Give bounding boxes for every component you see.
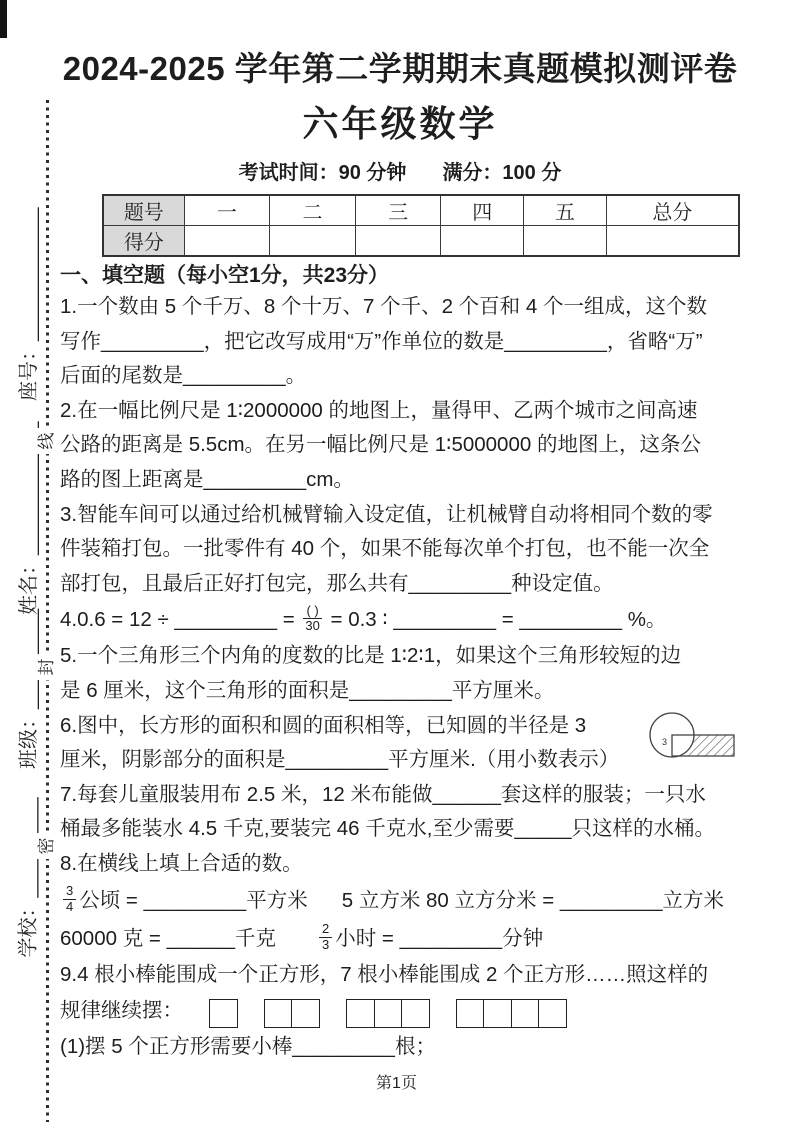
score-table: 题号一二三四五总分得分 xyxy=(102,194,740,257)
score-row-label: 得分 xyxy=(103,226,184,257)
question-line: 部打包，且最后正好打包完，那么共有_________种设定值。 xyxy=(60,567,740,602)
question-7: 7.每套儿童服装用布 2.5 米，12 米布能做______套这样的服装；一只水… xyxy=(60,778,740,847)
question-text: 写作_________，把它改写成用“万”作单位的数是_________，省略“… xyxy=(60,330,703,353)
score-table-col-4: 四 xyxy=(441,195,524,226)
questions-area: 1.一个数由 5 个千万、8 个十万、7 个千、2 个百和 4 个一组成，这个数… xyxy=(60,290,740,1065)
fraction: ( )30 xyxy=(303,604,321,634)
question-text: 路的图上距离是_________cm。 xyxy=(60,468,354,491)
question-text: (1)摆 5 个正方形需要小棒_________根； xyxy=(60,1035,436,1058)
paper-subtitle: 六年级数学 xyxy=(60,102,740,146)
seal-char-feng: 封 xyxy=(34,654,60,680)
question-line: 写作_________，把它改写成用“万”作单位的数是_________，省略“… xyxy=(60,325,740,360)
question-text: = 0.3 ∶ _________ = _________ %。 xyxy=(325,608,667,631)
fraction: 23 xyxy=(319,922,332,952)
score-table-col-2: 二 xyxy=(270,195,356,226)
seal-char-mi: 密 xyxy=(34,833,60,859)
question-line: 6.图中，长方形的面积和圆的面积相等，已知圆的半径是 3 xyxy=(60,709,740,744)
exam-time: 考试时间：90 分钟 xyxy=(239,162,407,184)
question-line: 厘米，阴影部分的面积是_________平方厘米.（用小数表示） xyxy=(60,743,740,778)
score-table-col-3: 三 xyxy=(355,195,441,226)
question-text: 5 立方米 80 立方分米 = _________立方米 xyxy=(342,889,724,912)
question-line: 60000 克 = ______千克23小时 = _________分钟 xyxy=(60,920,740,958)
section-heading: 一、填空题（每小空1分，共23分） xyxy=(60,261,740,290)
paper-title: 2024-2025 学年第二学期期末真题模拟测评卷 xyxy=(60,46,740,92)
question-line: 路的图上距离是_________cm。 xyxy=(60,463,740,498)
question-text: 3.智能车间可以通过给机械臂输入设定值，让机械臂自动将相同个数的零 xyxy=(60,503,713,526)
question-line: 4.0.6 = 12 ÷ _________ = ( )30 = 0.3 ∶ _… xyxy=(60,601,740,639)
squares-group-of-3 xyxy=(346,999,430,1028)
seat-number-field: 座号：____________ xyxy=(17,211,41,401)
question-6: 6.图中，长方形的面积和圆的面积相等，已知圆的半径是 3厘米，阴影部分的面积是_… xyxy=(60,709,740,778)
fraction: 34 xyxy=(63,884,76,914)
question-text: 8.在横线上填上合适的数。 xyxy=(60,852,303,875)
circle-rectangle-figure: 3 xyxy=(646,696,742,774)
question-3: 3.智能车间可以通过给机械臂输入设定值，让机械臂自动将相同个数的零件装箱打包。一… xyxy=(60,498,740,602)
question-line: 1.一个数由 5 个千万、8 个十万、7 个千、2 个百和 4 个一组成，这个数 xyxy=(60,290,740,325)
square xyxy=(374,999,403,1028)
question-text: 5.一个三角形三个内角的度数的比是 1∶2∶1，如果这个三角形较短的边 xyxy=(60,644,681,667)
score-cell-1 xyxy=(184,226,270,257)
square xyxy=(346,999,375,1028)
question-4: 4.0.6 = 12 ÷ _________ = ( )30 = 0.3 ∶ _… xyxy=(60,601,740,639)
score-cell-5 xyxy=(524,226,607,257)
question-line: 后面的尾数是_________。 xyxy=(60,359,740,394)
score-cell-4 xyxy=(441,226,524,257)
exam-info: 考试时间：90 分钟满分：100 分 xyxy=(60,160,740,186)
question-line: 规律继续摆： xyxy=(60,992,740,1030)
question-text: 60000 克 = ______千克 xyxy=(60,927,276,950)
seal-dotted-line xyxy=(46,100,49,1122)
question-5: 5.一个三角形三个内角的度数的比是 1∶2∶1，如果这个三角形较短的边是 6 厘… xyxy=(60,639,740,708)
score-cell-3 xyxy=(355,226,441,257)
question-text: 桶最多能装水 4.5 千克,要装完 46 千克水,至少需要_____只这样的水桶… xyxy=(60,817,715,840)
squares-group-of-2 xyxy=(264,999,320,1028)
question-line: 2.在一幅比例尺是 1∶2000000 的地图上，量得甲、乙两个城市之间高速 xyxy=(60,394,740,429)
question-line: 34公顷 = _________平方米5 立方米 80 立方分米 = _____… xyxy=(60,882,740,920)
score-table-col-5: 五 xyxy=(524,195,607,226)
scan-artifact xyxy=(0,0,7,38)
question-line: 公路的距离是 5.5cm。在另一幅比例尺是 1∶5000000 的地图上，这条公 xyxy=(60,428,740,463)
question-line: 9.4 根小棒能围成一个正方形，7 根小棒能围成 2 个正方形……照这样的 xyxy=(60,958,740,993)
question-text: 厘米，阴影部分的面积是_________平方厘米.（用小数表示） xyxy=(60,748,619,771)
paper-body: 2024-2025 学年第二学期期末真题模拟测评卷 六年级数学 考试时间：90 … xyxy=(60,0,740,1065)
question-text: 公路的距离是 5.5cm。在另一幅比例尺是 1∶5000000 的地图上，这条公 xyxy=(60,433,701,456)
question-text: 公顷 = _________平方米 xyxy=(79,889,307,912)
question-text: 后面的尾数是_________。 xyxy=(60,364,306,387)
page-number: 第1页 xyxy=(0,1070,793,1093)
squares-group-of-1 xyxy=(209,999,238,1028)
question-9: 9.4 根小棒能围成一个正方形，7 根小棒能围成 2 个正方形……照这样的规律继… xyxy=(60,958,740,1065)
question-line: (1)摆 5 个正方形需要小棒_________根； xyxy=(60,1030,740,1065)
question-line: 7.每套儿童服装用布 2.5 米，12 米布能做______套这样的服装；一只水 xyxy=(60,778,740,813)
question-line: 是 6 厘米，这个三角形的面积是_________平方厘米。 xyxy=(60,674,740,709)
question-text: 规律继续摆： xyxy=(60,999,183,1022)
question-text: 1.一个数由 5 个千万、8 个十万、7 个千、2 个百和 4 个一组成，这个数 xyxy=(60,295,707,318)
square xyxy=(401,999,430,1028)
school-field: 学校：_________ xyxy=(17,803,41,958)
question-text: 2.在一幅比例尺是 1∶2000000 的地图上，量得甲、乙两个城市之间高速 xyxy=(60,399,698,422)
question-text: 6.图中，长方形的面积和圆的面积相等，已知圆的半径是 3 xyxy=(60,714,586,737)
square xyxy=(511,999,540,1028)
question-text: 小时 = _________分钟 xyxy=(335,927,543,950)
score-table-col-6: 总分 xyxy=(606,195,739,226)
question-text: 9.4 根小棒能围成一个正方形，7 根小棒能围成 2 个正方形……照这样的 xyxy=(60,963,708,986)
score-cell-2 xyxy=(270,226,356,257)
exam-paper: 座号：____________ 姓名：____________ 班级：_____… xyxy=(0,0,793,1122)
question-2: 2.在一幅比例尺是 1∶2000000 的地图上，量得甲、乙两个城市之间高速公路… xyxy=(60,394,740,498)
question-text: 7.每套儿童服装用布 2.5 米，12 米布能做______套这样的服装；一只水 xyxy=(60,783,706,806)
question-1: 1.一个数由 5 个千万、8 个十万、7 个千、2 个百和 4 个一组成，这个数… xyxy=(60,290,740,394)
question-text: 部打包，且最后正好打包完，那么共有_________种设定值。 xyxy=(60,572,614,595)
square xyxy=(209,999,238,1028)
squares-group-of-4 xyxy=(456,999,567,1028)
class-field: 班级：_________ xyxy=(17,619,41,769)
square xyxy=(264,999,293,1028)
question-line: 桶最多能装水 4.5 千克,要装完 46 千克水,至少需要_____只这样的水桶… xyxy=(60,812,740,847)
radius-label: 3 xyxy=(662,737,667,747)
question-text: 件装箱打包。一批零件有 40 个，如果不能每次单个打包，也不能一次全 xyxy=(60,537,709,560)
question-line: 8.在横线上填上合适的数。 xyxy=(60,847,740,882)
score-table-col-1: 一 xyxy=(184,195,270,226)
question-8: 8.在横线上填上合适的数。34公顷 = _________平方米5 立方米 80… xyxy=(60,847,740,958)
square xyxy=(456,999,485,1028)
square xyxy=(483,999,512,1028)
square xyxy=(291,999,320,1028)
question-text: 是 6 厘米，这个三角形的面积是_________平方厘米。 xyxy=(60,679,554,702)
score-cell-6 xyxy=(606,226,739,257)
seal-char-xian: 线 xyxy=(34,428,60,454)
score-table-corner: 题号 xyxy=(103,195,184,226)
question-text: 4.0.6 = 12 ÷ _________ = xyxy=(60,608,300,631)
full-score: 满分：100 分 xyxy=(442,162,561,184)
question-line: 3.智能车间可以通过给机械臂输入设定值，让机械臂自动将相同个数的零 xyxy=(60,498,740,533)
question-line: 件装箱打包。一批零件有 40 个，如果不能每次单个打包，也不能一次全 xyxy=(60,532,740,567)
square xyxy=(538,999,567,1028)
question-line: 5.一个三角形三个内角的度数的比是 1∶2∶1，如果这个三角形较短的边 xyxy=(60,639,740,674)
